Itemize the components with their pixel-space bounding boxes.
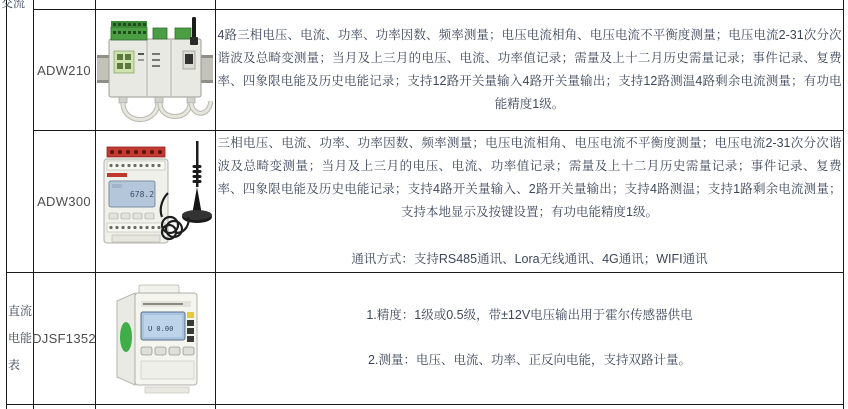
model-cell-adw210: ADW210 [33,10,95,130]
model-label-adw300: ADW300 [37,194,91,209]
adw300-product-photo: 678.2 [98,137,212,265]
category-cell-ac-clipped: 交流 [0,0,26,9]
table-border-right [843,0,844,409]
category-label-clipped: 交流 [1,0,25,9]
djsf1352-accuracy-text: 1.精度：1级或0.5级，带±12V电压输出用于霍尔传感器供电 [366,304,692,327]
adw210-description-text: 4路三相电压、电流、功率、功率因数、频率测量；电压电流相角、电压电流不平衡度测量… [218,24,842,116]
svg-text:U 0.00: U 0.00 [148,325,173,333]
model-cell-djsf1352: DJSF1352 [33,272,95,404]
djsf1352-product-photo: U 0.00 [99,279,211,397]
description-cell-adw210: 4路三相电压、电流、功率、功率因数、频率测量；电压电流相角、电压电流不平衡度测量… [216,10,843,130]
adw300-description-text: 三相电压、电流、功率、功率因数、频率测量；电压电流相角、电压电流不平衡度测量；电… [218,132,842,224]
model-label-djsf1352: DJSF1352 [32,331,96,346]
category-label-dc-meter: 直流电能表 [8,298,32,379]
image-cell-djsf1352: U 0.00 [95,272,215,404]
category-cell-dc-meter: 直流电能表 [7,272,33,404]
image-cell-adw210 [95,10,215,130]
product-spec-table: 交流 ADW210 [0,0,848,409]
description-cell-djsf1352: 1.精度：1级或0.5级，带±12V电压输出用于霍尔传感器供电 2.测量：电压、… [216,272,843,404]
svg-text:678.2: 678.2 [130,190,154,199]
model-cell-adw300: ADW300 [33,130,95,272]
row-divider-bottom [6,404,843,405]
model-label-adw210: ADW210 [37,63,91,78]
image-cell-adw300: 678.2 [95,130,215,272]
description-cell-adw300: 三相电压、电流、功率、功率因数、频率测量；电压电流相角、电压电流不平衡度测量；电… [216,130,843,272]
adw300-communication-text: 通讯方式：支持RS485通讯、Lora无线通讯、4G通讯；WIFI通讯 [218,248,842,271]
djsf1352-measure-text: 2.测量：电压、电流、功率、正反向电能，支持双路计量。 [368,349,691,372]
adw210-product-photo [97,13,213,127]
